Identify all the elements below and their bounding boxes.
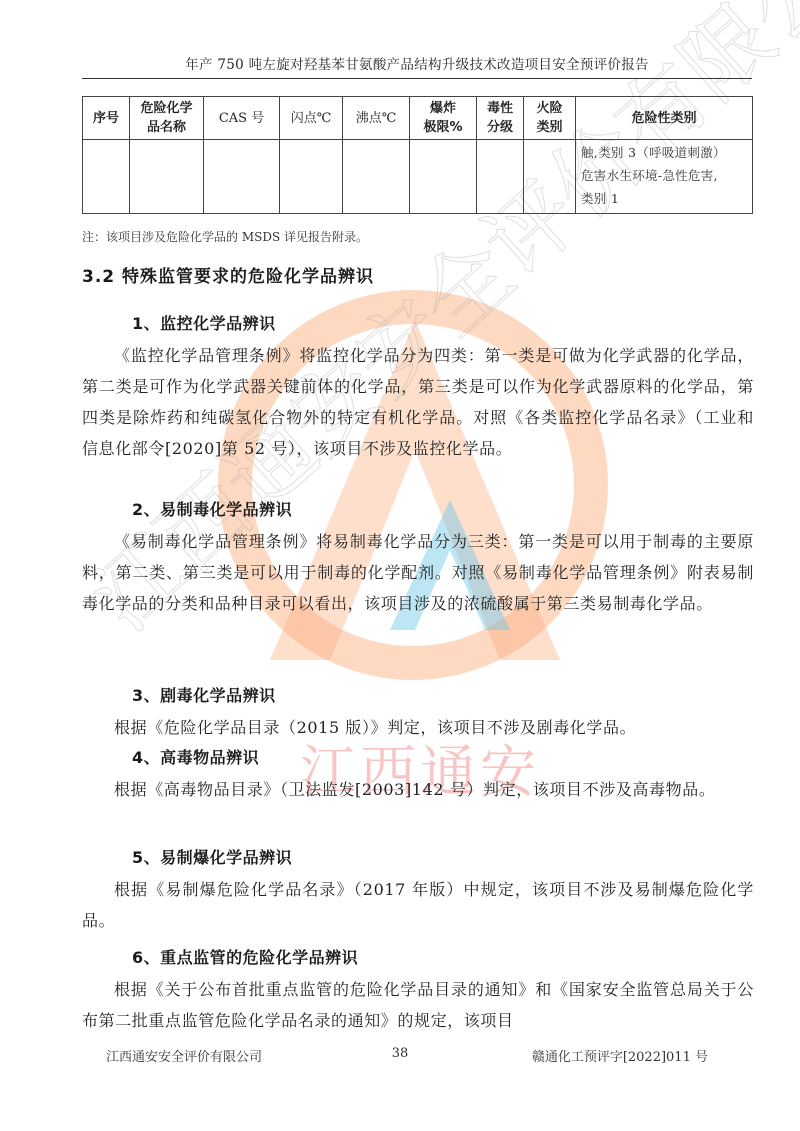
subsection-heading-4: 4、高毒物品辨识 (132, 745, 259, 768)
cell-hazard-class: 触,类别 3（呼吸道刺激） 危害水生环境-急性危害, 类别 1 (576, 140, 753, 214)
subsection-body-5: 根据《易制爆危险化学品名录》（2017 年版）中规定，该项目不涉及易制爆危险化学… (82, 874, 754, 936)
hazard-class-line: 触,类别 3（呼吸道刺激） (581, 141, 748, 164)
footer-company: 江西通安安全评价有限公司 (106, 1046, 262, 1065)
footer-page-number: 38 (392, 1046, 409, 1061)
cell-seq (83, 140, 130, 214)
subsection-heading-1: 1、监控化学品辨识 (132, 311, 276, 334)
subsection-body-2: 《易制毒化学品管理条例》将易制毒化学品分为三类：第一类是可以用于制毒的主要原料，… (82, 526, 754, 619)
col-header-toxicity: 毒性分级 (477, 97, 524, 140)
cell-boiling-point (343, 140, 410, 214)
header-divider (82, 78, 752, 79)
col-header-fire-class: 火险类别 (524, 97, 576, 140)
col-header-flash-point: 闪点℃ (280, 97, 343, 140)
subsection-heading-6: 6、重点监管的危险化学品辨识 (132, 945, 358, 968)
hazard-class-line: 类别 1 (581, 187, 748, 210)
cell-chemical-name (130, 140, 204, 214)
col-header-chemical-name: 危险化学品名称 (130, 97, 204, 140)
cell-cas (204, 140, 280, 214)
subsection-heading-5: 5、易制爆化学品辨识 (132, 845, 292, 868)
col-header-hazard-class: 危险性类别 (576, 97, 753, 140)
cell-flash-point (280, 140, 343, 214)
subsection-body-1: 《监控化学品管理条例》将监控化学品分为四类：第一类是可做为化学武器的化学品，第二… (82, 340, 754, 464)
hazardous-chemicals-table: 序号 危险化学品名称 CAS 号 闪点℃ 沸点℃ 爆炸极限% 毒性分级 火险类别… (82, 96, 753, 214)
subsection-body-4: 根据《高毒物品目录》（卫法监发[2003]142 号）判定，该项目不涉及高毒物品… (82, 774, 754, 805)
col-header-seq: 序号 (83, 97, 130, 140)
cell-fire-class (524, 140, 576, 214)
table-note: 注：该项目涉及危险化学品的 MSDS 详见报告附录。 (82, 228, 368, 245)
col-header-boiling-point: 沸点℃ (343, 97, 410, 140)
footer-doc-number: 赣通化工预评字[2022]011 号 (532, 1046, 708, 1065)
cell-toxicity (477, 140, 524, 214)
subsection-heading-2: 2、易制毒化学品辨识 (132, 497, 292, 520)
subsection-heading-3: 3、剧毒化学品辨识 (132, 683, 276, 706)
subsection-body-3: 根据《危险化学品目录（2015 版）》判定，该项目不涉及剧毒化学品。 (82, 712, 754, 743)
col-header-cas: CAS 号 (204, 97, 280, 140)
section-title: 3.2 特殊监管要求的危险化学品辨识 (82, 262, 374, 287)
subsection-body-6: 根据《关于公布首批重点监管的危险化学品目录的通知》和《国家安全监管总局关于公布第… (82, 974, 754, 1036)
table-header-row: 序号 危险化学品名称 CAS 号 闪点℃ 沸点℃ 爆炸极限% 毒性分级 火险类别… (83, 97, 753, 140)
cell-explosion-limit (410, 140, 477, 214)
hazard-class-line: 危害水生环境-急性危害, (581, 164, 748, 187)
table-row: 触,类别 3（呼吸道刺激） 危害水生环境-急性危害, 类别 1 (83, 140, 753, 214)
col-header-explosion-limit: 爆炸极限% (410, 97, 477, 140)
page-header-title: 年产 750 吨左旋对羟基苯甘氨酸产品结构升级技术改造项目安全预评价报告 (82, 53, 752, 73)
